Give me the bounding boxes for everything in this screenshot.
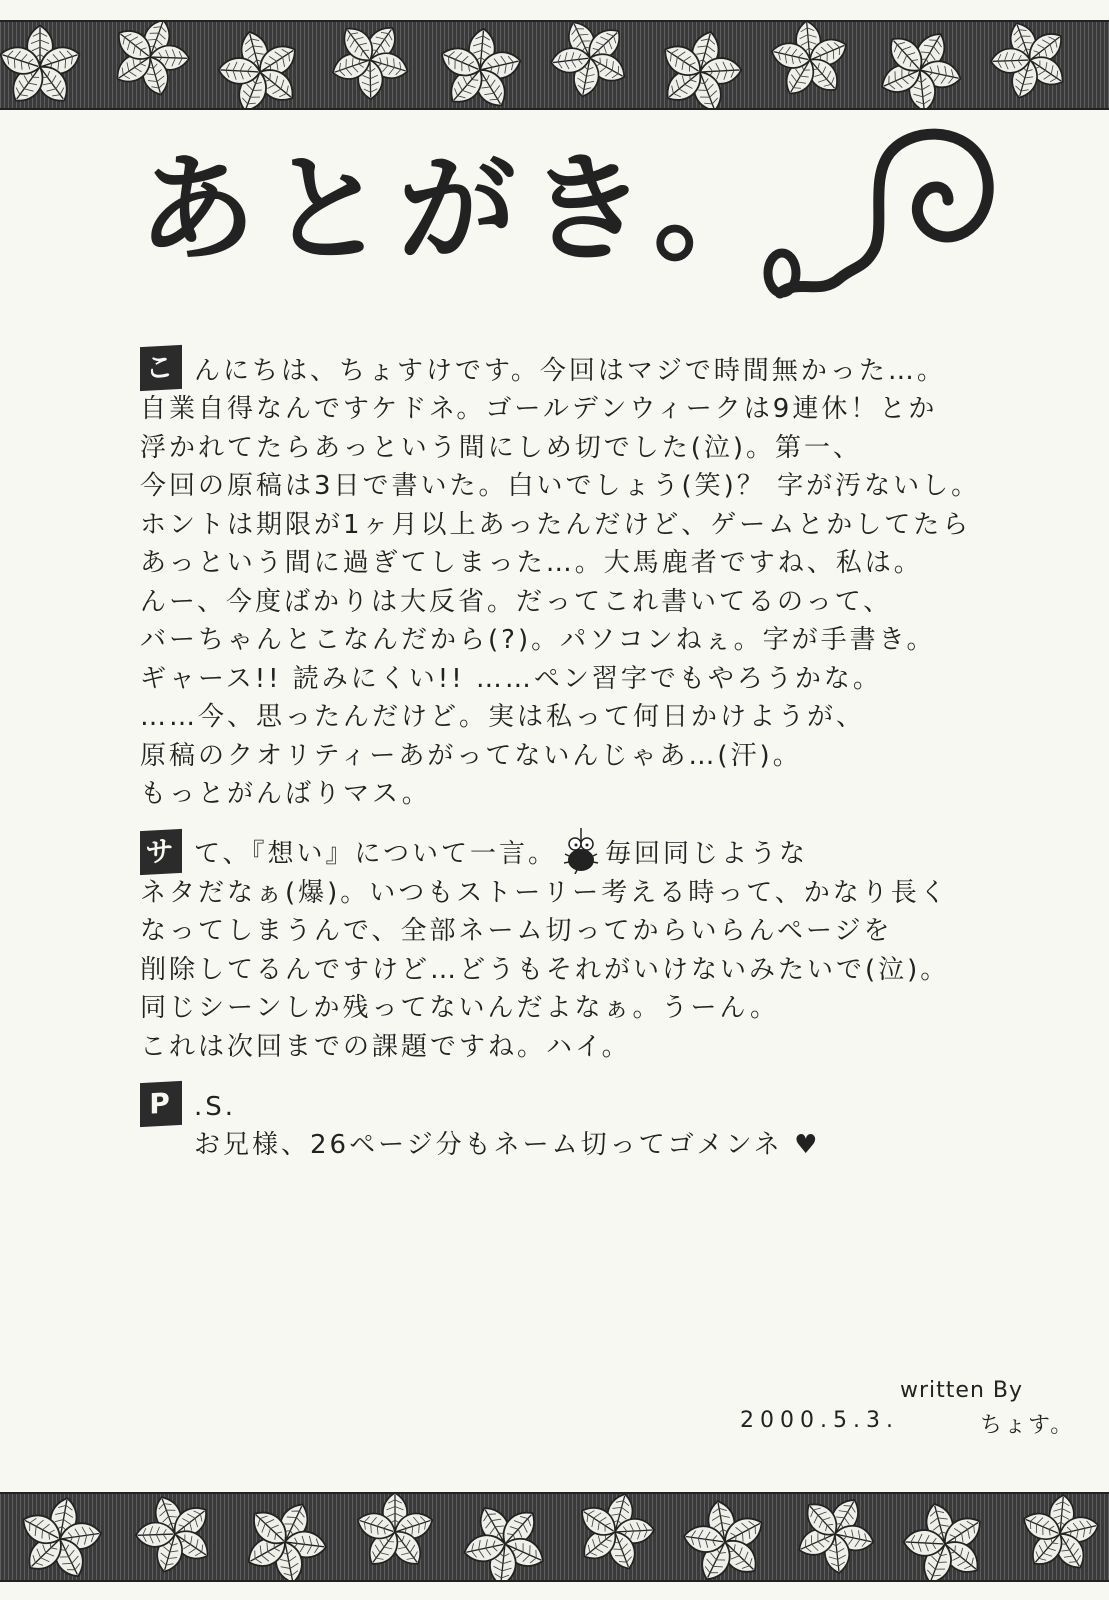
section-marker-p: P bbox=[140, 1081, 182, 1127]
text-line: 自業自得なんですケドネ。ゴールデンウィークは9連休！とか bbox=[140, 390, 1040, 429]
swirl-doodle-icon bbox=[760, 118, 1020, 338]
section-intro: こ んにちは、ちょすけです。今回はマジで時間無かった…。 自業自得なんですケドネ… bbox=[140, 340, 1040, 814]
leaf-pattern-icon bbox=[0, 22, 1109, 108]
text-line: ホントは期限が1ヶ月以上あったんだけど、ゲームとかしてたら bbox=[140, 506, 1040, 545]
heart-icon: ♥ bbox=[794, 1130, 820, 1160]
text-line: て、『想い』について一言。 bbox=[194, 835, 557, 874]
afterword-body: こ んにちは、ちょすけです。今回はマジで時間無かった…。 自業自得なんですケドネ… bbox=[140, 340, 1040, 1165]
section-heading: P .S. bbox=[140, 1076, 1040, 1126]
text-line: もっとがんばりマス。 bbox=[140, 775, 1040, 814]
author-name: ちょす。 bbox=[980, 1408, 1074, 1439]
bug-doodle-icon bbox=[563, 828, 599, 874]
text-line: なってしまうんで、全部ネーム切ってからいらんページを bbox=[140, 912, 1040, 951]
text-line: あっという間に過ぎてしまった…。大馬鹿者ですね、私は。 bbox=[140, 544, 1040, 583]
leaf-pattern-icon bbox=[0, 1494, 1109, 1580]
text-line: んー、今度ばかりは大反省。だってこれ書いてるのって、 bbox=[140, 583, 1040, 622]
text-line: 毎回同じような bbox=[605, 835, 808, 874]
bottom-leaf-border bbox=[0, 1492, 1109, 1582]
text-line: 浮かれてたらあっという間にしめ切でした(泣)。第一、 bbox=[140, 429, 1040, 468]
written-by-label: written By bbox=[900, 1378, 1023, 1403]
text-line: これは次回までの課題ですね。ハイ。 bbox=[140, 1028, 1040, 1067]
section-omoi: サ て、『想い』について一言。 毎回同じような ネタだなぁ(爆)。いつもストーリ… bbox=[140, 824, 1040, 1067]
section-ps: P .S. お兄様、26ページ分もネーム切ってゴメンネ ♥ bbox=[140, 1076, 1040, 1165]
date: 2000.5.3. bbox=[740, 1408, 899, 1433]
section-marker-ko: こ bbox=[140, 345, 182, 391]
text-line: 今回の原稿は3日で書いた。白いでしょう(笑)？ 字が汚ないし。 bbox=[140, 467, 1040, 506]
text-line: バーちゃんとこなんだから(?)。パソコンねぇ。字が手書き。 bbox=[140, 621, 1040, 660]
text-line: お兄様、26ページ分もネーム切ってゴメンネ ♥ bbox=[140, 1126, 1040, 1165]
top-leaf-border bbox=[0, 20, 1109, 110]
ps-text: お兄様、26ページ分もネーム切ってゴメンネ bbox=[194, 1130, 783, 1160]
text-line: ギャース!! 読みにくい!! ……ペン習字でもやろうかな。 bbox=[140, 660, 1040, 699]
section-heading: こ んにちは、ちょすけです。今回はマジで時間無かった…。 bbox=[140, 340, 1040, 390]
text-line: 同じシーンしか残ってないんだよなぁ。うーん。 bbox=[140, 989, 1040, 1028]
section-heading: サ て、『想い』について一言。 毎回同じような bbox=[140, 824, 1040, 874]
text-line: ……今、思ったんだけど。実は私って何日かけようが、 bbox=[140, 698, 1040, 737]
text-line: 削除してるんですけど…どうもそれがいけないみたいで(泣)。 bbox=[140, 951, 1040, 990]
ps-heading: .S. bbox=[194, 1088, 236, 1127]
text-line: 原稿のクオリティーあがってないんじゃあ…(汗)。 bbox=[140, 737, 1040, 776]
text-line: ネタだなぁ(爆)。いつもストーリー考える時って、かなり長く bbox=[140, 874, 1040, 913]
page-title: あとがき。 bbox=[138, 150, 783, 268]
text-line: んにちは、ちょすけです。今回はマジで時間無かった…。 bbox=[194, 352, 946, 391]
section-marker-sa: サ bbox=[140, 828, 182, 874]
